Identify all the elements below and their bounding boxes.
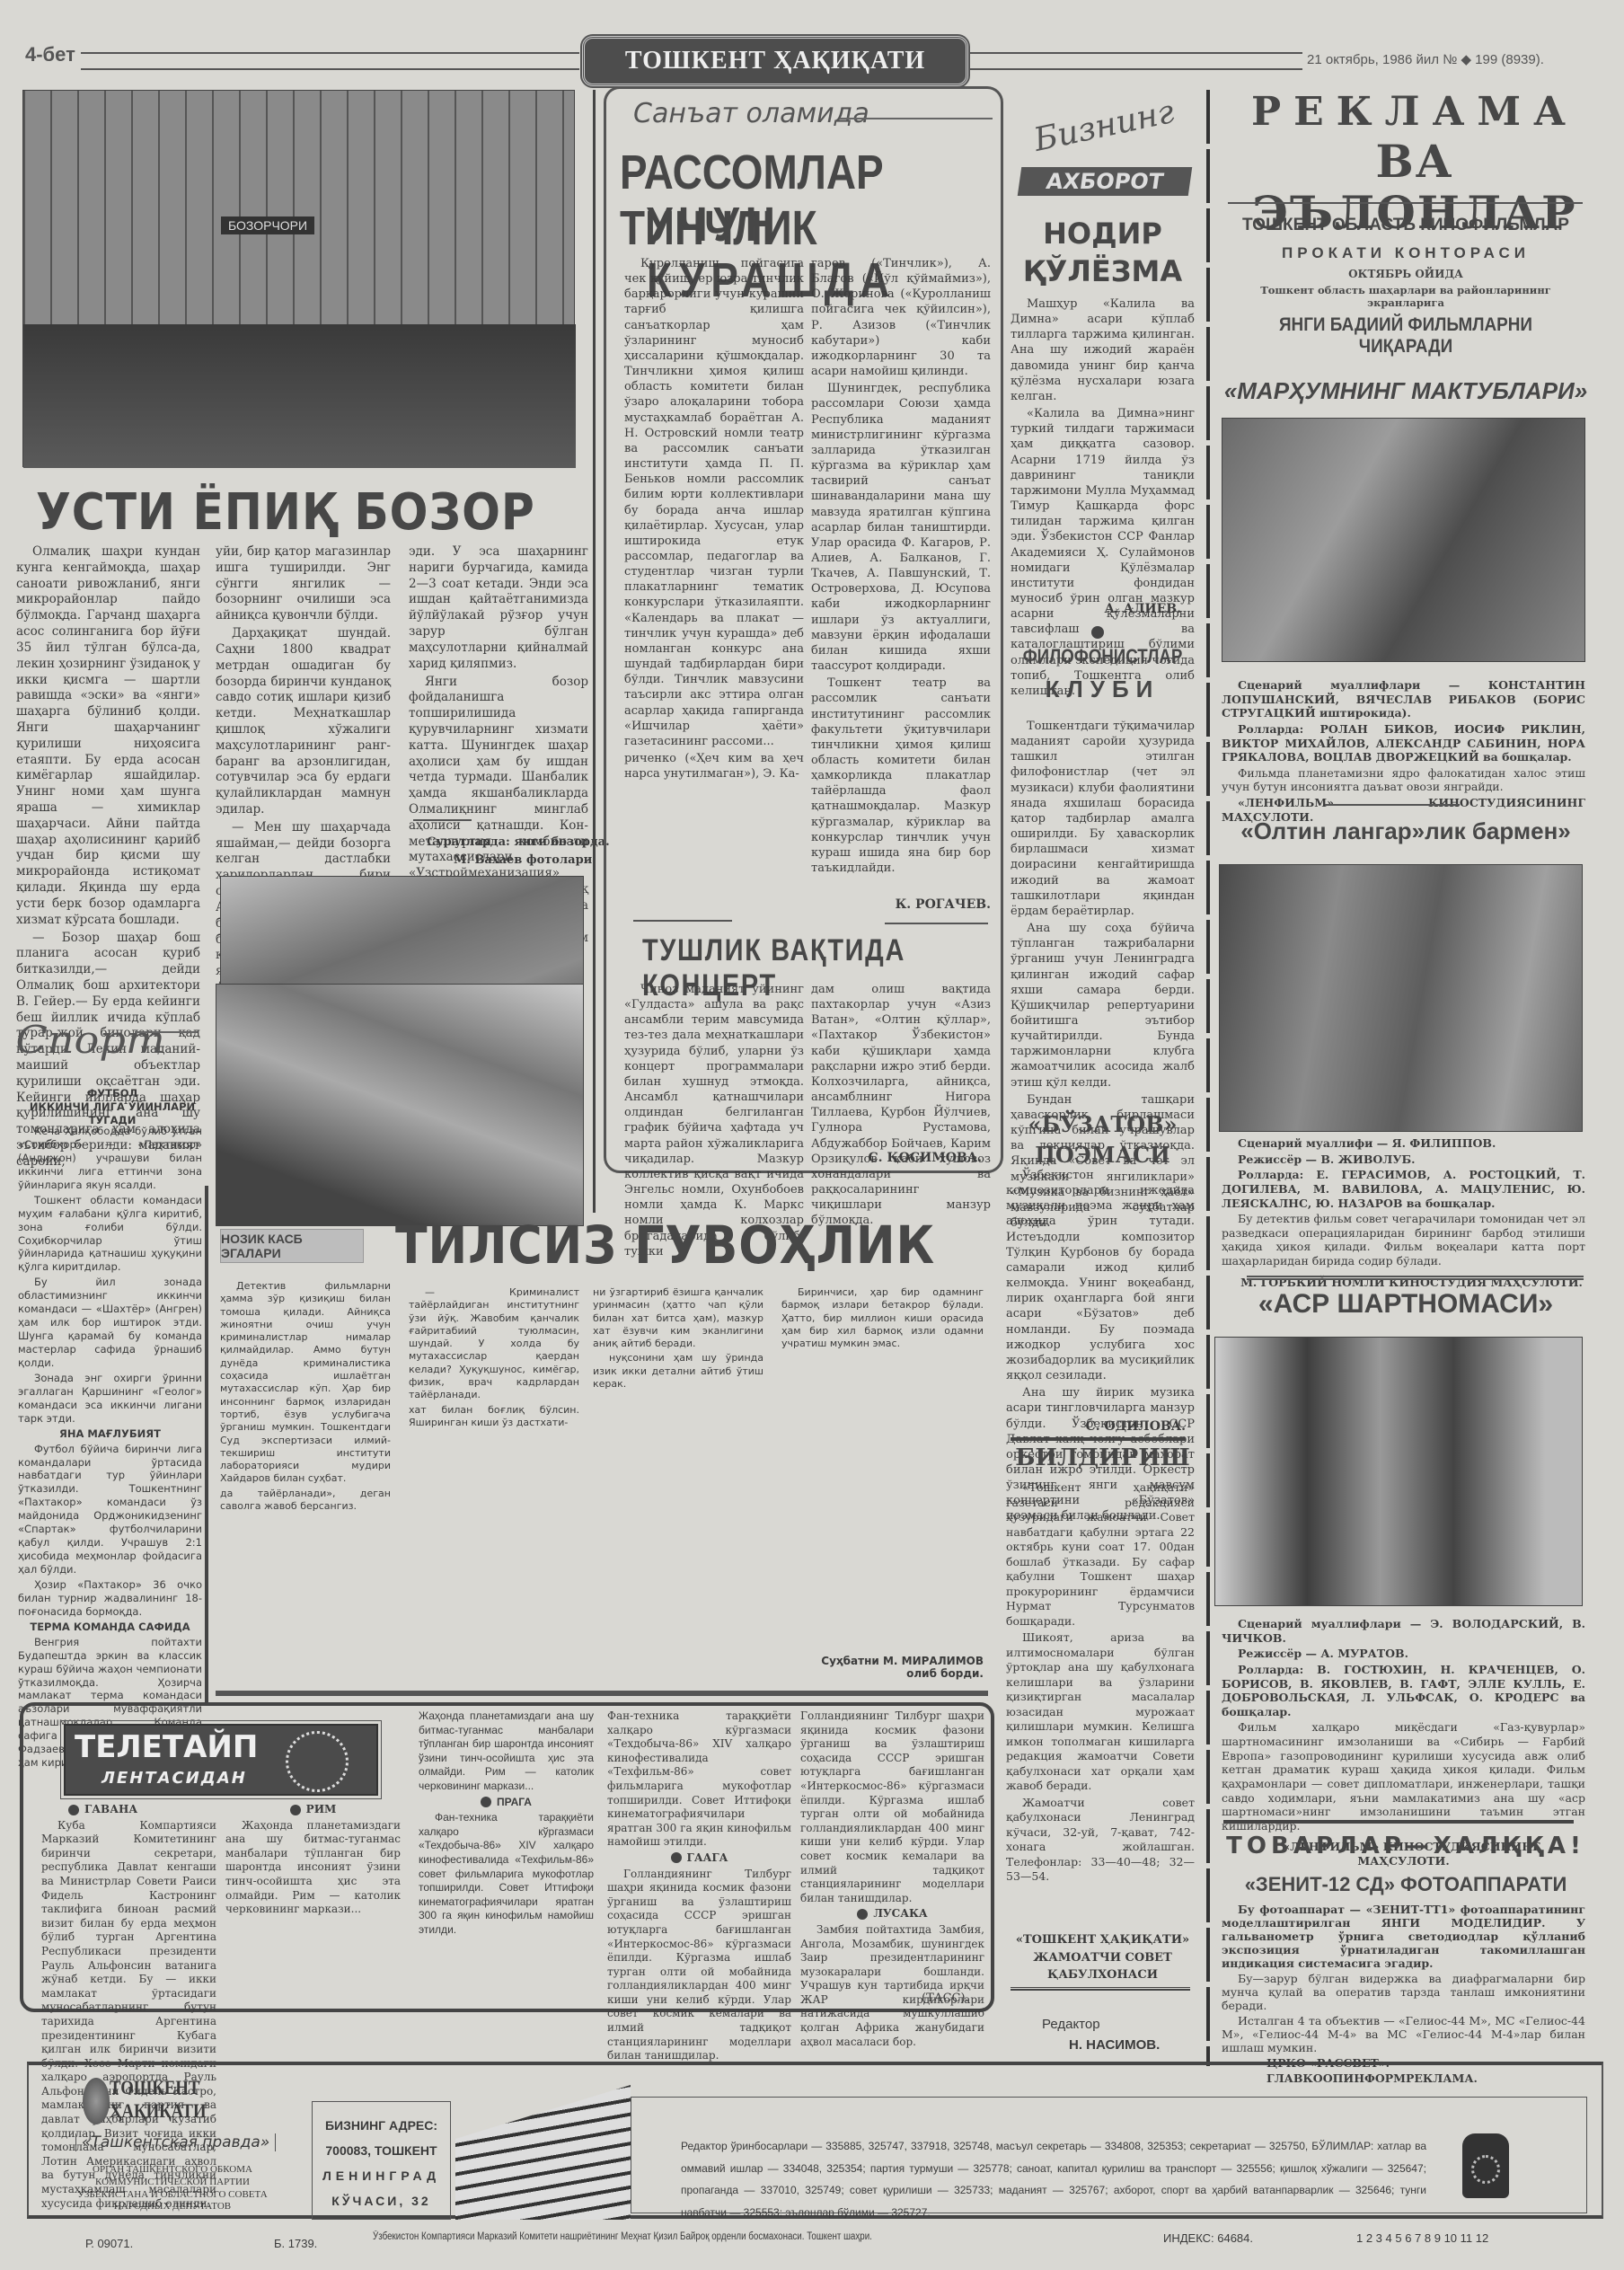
teletype-section: ТЕЛЕТАЙП ЛЕНТАСИДАН ГАВАНА Куба Компарти… — [20, 1702, 994, 2012]
masthead-name-2: ҲАҚИҚАТИ — [110, 2099, 207, 2123]
bazaar-headline: УСТИ ЁПИҚ БОЗОР — [36, 483, 535, 542]
header-rule — [970, 68, 1302, 70]
art-col1: Қуролланиш пойгасига чек қўйиш, ер юзра … — [624, 256, 804, 783]
teletype-col2: РИМ Жаҳонда планетамиздаги ана шу битмас… — [225, 1803, 401, 1919]
buzatov-signature: С. ОДИЛОВА. — [1006, 1419, 1186, 1434]
bullet-icon — [857, 1909, 868, 1920]
teletype-col4: Фан-техника тараққиёти халқаро кўргазмас… — [607, 1709, 791, 2065]
concert-col2: дам олиш вақтида пахтакорлар учун «Азиз … — [811, 982, 991, 1231]
masthead: ТОШКЕНТ ҲАҚИҚАТИ — [582, 36, 968, 86]
teletype-col3: Жаҳонда планетамиздаги ана шу битмас-туг… — [419, 1709, 594, 1939]
phone-directory: Редактор ўринбосарлари — 335885, 325747,… — [681, 2135, 1426, 2223]
goods-body: Бу фотоаппарат — «ЗЕНИТ-ТТ1» фотоаппарат… — [1222, 1903, 1585, 2087]
forensic-photo — [216, 984, 584, 1226]
teletype-logo-2: ЛЕНТАСИДАН — [101, 1769, 247, 1788]
sport-rubric: Спорт — [15, 1018, 164, 1062]
forensic-headline: ТИЛСИЗ ГУВОҲЛИК — [395, 1214, 935, 1276]
page-number: 4-бет — [25, 43, 75, 66]
goods-product: «ЗЕНИТ-12 СД» ФОТОАППАРАТИ — [1217, 1873, 1594, 1896]
buzatov-headline: «БЎЗАТОВ» ПОЭМАСИ — [1006, 1109, 1199, 1170]
forensic-col1: Детектив фильмларни ҳамма зўр қизиқиш би… — [220, 1280, 391, 1515]
bazaar-photo: БОЗОРЧОРИ — [22, 90, 575, 467]
editor-label: Редактор — [1042, 2017, 1100, 2032]
divider — [1011, 1437, 1186, 1441]
bildirish-footer: «ТОШКЕНТ ҲАҚИҚАТИ» ЖАМОАТЧИ СОВЕТ ҚАБУЛХ… — [1006, 1931, 1199, 1984]
phones-box: Редактор ўринбосарлари — 335885, 325747,… — [631, 2097, 1587, 2213]
forensic-col3: ни ўзгартириб ёзишга қанчалик уринмасин … — [593, 1286, 763, 1392]
bildirish-headline: БИЛДИРИШ — [1006, 1444, 1199, 1471]
column-rule — [205, 1186, 208, 1702]
film-2-credits: Сценарий муаллифи — Я. ФИЛИППОВ. Режиссё… — [1222, 1136, 1585, 1291]
caption-rule — [413, 819, 472, 821]
bildirish-body: «Тошкент ҳақиқати» газетаси редакцияси ҳ… — [1006, 1480, 1195, 1886]
organ-text: ОРГАН ТАШКЕНТСКОГО ОБКОМА КОММУНИСТИЧЕСК… — [74, 2164, 271, 2213]
ads-org: ТОШКЕНТ ОБЛАСТЬ КИНОФИЛЬМЛАР ПРОКАТИ КОН… — [1217, 216, 1594, 358]
header-rule — [81, 68, 579, 70]
divider — [1228, 202, 1583, 204]
manuscript-signature: А. АЛИЕВ. — [1011, 602, 1181, 616]
bazaar-sign: БОЗОРЧОРИ — [221, 216, 314, 234]
divider — [1011, 1987, 1190, 1991]
divider — [633, 920, 732, 922]
film-1-photo — [1222, 418, 1585, 662]
forensic-rubric: НОЗИК КАСБ ЭГАЛАРИ — [220, 1229, 364, 1263]
divider — [1223, 1820, 1574, 1824]
sheet-numbers: 1 2 3 4 5 6 7 8 9 10 11 12 — [1356, 2231, 1488, 2245]
column-rule — [593, 90, 596, 1213]
photo-caption: Суратларда: янги бозорда. — [427, 835, 610, 849]
building-illustration — [455, 2085, 631, 2220]
film-2-title: «Олтин лангар»лик бармен» — [1217, 817, 1594, 845]
sport-body: Кеча Халқободда бўлиб ўтган «Соҳибкор» —… — [18, 1125, 202, 1771]
globe-tape-icon — [286, 1731, 349, 1792]
art-col2: гаров («Тинчлик»), А. Благов («Йўл қўйма… — [811, 256, 991, 878]
logo-block: АХБОРОТ — [1018, 167, 1192, 196]
bullet-icon — [481, 1797, 491, 1807]
philo-headline: ФИЛОФОНИСТЛАР КЛУБИ — [1006, 645, 1199, 703]
logo-script: Бизнинг — [1030, 93, 1177, 159]
rubric-rule — [135, 1031, 198, 1033]
divider — [1247, 1276, 1584, 1280]
footer-box: ТОШКЕНТ ҲАҚИҚАТИ «Ташкентская правда» ОР… — [27, 2062, 1603, 2219]
film-1-title: «МАРҲУМНИНГ МАКТУБЛАРИ» — [1217, 377, 1594, 405]
sport-heading: ФУТБОЛ ИККИНЧИ ЛИГА ЎЙИНЛАРИ ТУГАДИ — [22, 1087, 202, 1127]
column-rule — [1206, 90, 1210, 2066]
header-rule — [81, 52, 579, 54]
bullet-icon — [671, 1852, 682, 1863]
forensic-col4: Биринчиси, ҳар бир одамнинг бармоқ излар… — [781, 1286, 984, 1352]
crowd-area — [23, 324, 576, 468]
art-rubric: Санъат оламида — [633, 98, 869, 129]
film-2-photo — [1219, 864, 1583, 1132]
telephone-icon — [1462, 2133, 1509, 2198]
order-emblem-icon — [83, 2078, 110, 2124]
divider — [216, 1691, 988, 1696]
bazaar-col1: Олмалиқ шаҳри кундан кунга кенгаймоқда, … — [16, 544, 200, 1172]
tass-source: (ТАСС). — [922, 1992, 969, 2005]
rubric-rule — [840, 118, 993, 119]
teletype-logo: ТЕЛЕТАЙП ЛЕНТАСИДАН — [64, 1724, 378, 1796]
film-3-photo — [1214, 1337, 1583, 1606]
art-signature: К. РОГАЧЕВ. — [811, 897, 991, 912]
manuscript-body: Машҳур «Калила ва Димна» асари кўплаб ти… — [1011, 296, 1195, 701]
bullet-icon — [290, 1805, 301, 1815]
bullet-icon — [1091, 626, 1104, 639]
film-3-title: «АСР ШАРТНОМАСИ» — [1217, 1289, 1594, 1320]
b-number: Б. 1739. — [274, 2237, 317, 2250]
index-number: ИНДЕКС: 64684. — [1163, 2231, 1253, 2245]
address-box: БИЗНИНГ АДРЕС: 700083, ТОШКЕНТ ЛЕНИНГРАД… — [312, 2101, 451, 2220]
manuscript-headline: НОДИР ҚЎЛЁЗМА — [1006, 216, 1199, 290]
russian-title: «Ташкентская правда» — [75, 2133, 276, 2151]
forensic-signature: Суҳбатни М. МИРАЛИМОВ олиб борди. — [808, 1655, 984, 1680]
teletype-logo-1: ТЕЛЕТАЙП — [75, 1729, 258, 1765]
header-rule — [970, 52, 1302, 54]
issue-date: 21 октябрь, 1986 йил № ◆ 199 (8939). — [1307, 51, 1544, 67]
photo-credit: М. Вахаев фотолари. — [454, 853, 596, 867]
bullet-icon — [68, 1805, 79, 1815]
printer-text: Ўзбекистон Компартияси Марказий Комитети… — [373, 2231, 872, 2242]
buzatov-body: Ўзбекистон композиторлари ижодида музика… — [1006, 1168, 1195, 1526]
divider — [885, 923, 988, 924]
art-article: Санъат оламида РАССОМЛАР ТИНЧЛИК УЧУН КУ… — [604, 86, 1003, 1173]
order-number: Р. 09071. — [85, 2237, 133, 2250]
goods-title: ТОВАРЛАР—ХАЛҚҚА! — [1217, 1833, 1594, 1859]
masthead-name-1: ТОШКЕНТ — [110, 2076, 199, 2099]
divider — [1325, 804, 1460, 806]
concert-signature: С. ҚОСИМОВА. — [811, 1151, 982, 1165]
editor-name: Н. НАСИМОВ. — [1069, 2037, 1160, 2053]
forensic-col2: — Криминалист тайёрлайдиган институтнинг… — [409, 1286, 579, 1431]
biznin-logo: Бизнинг АХБОРОТ — [1011, 108, 1190, 207]
